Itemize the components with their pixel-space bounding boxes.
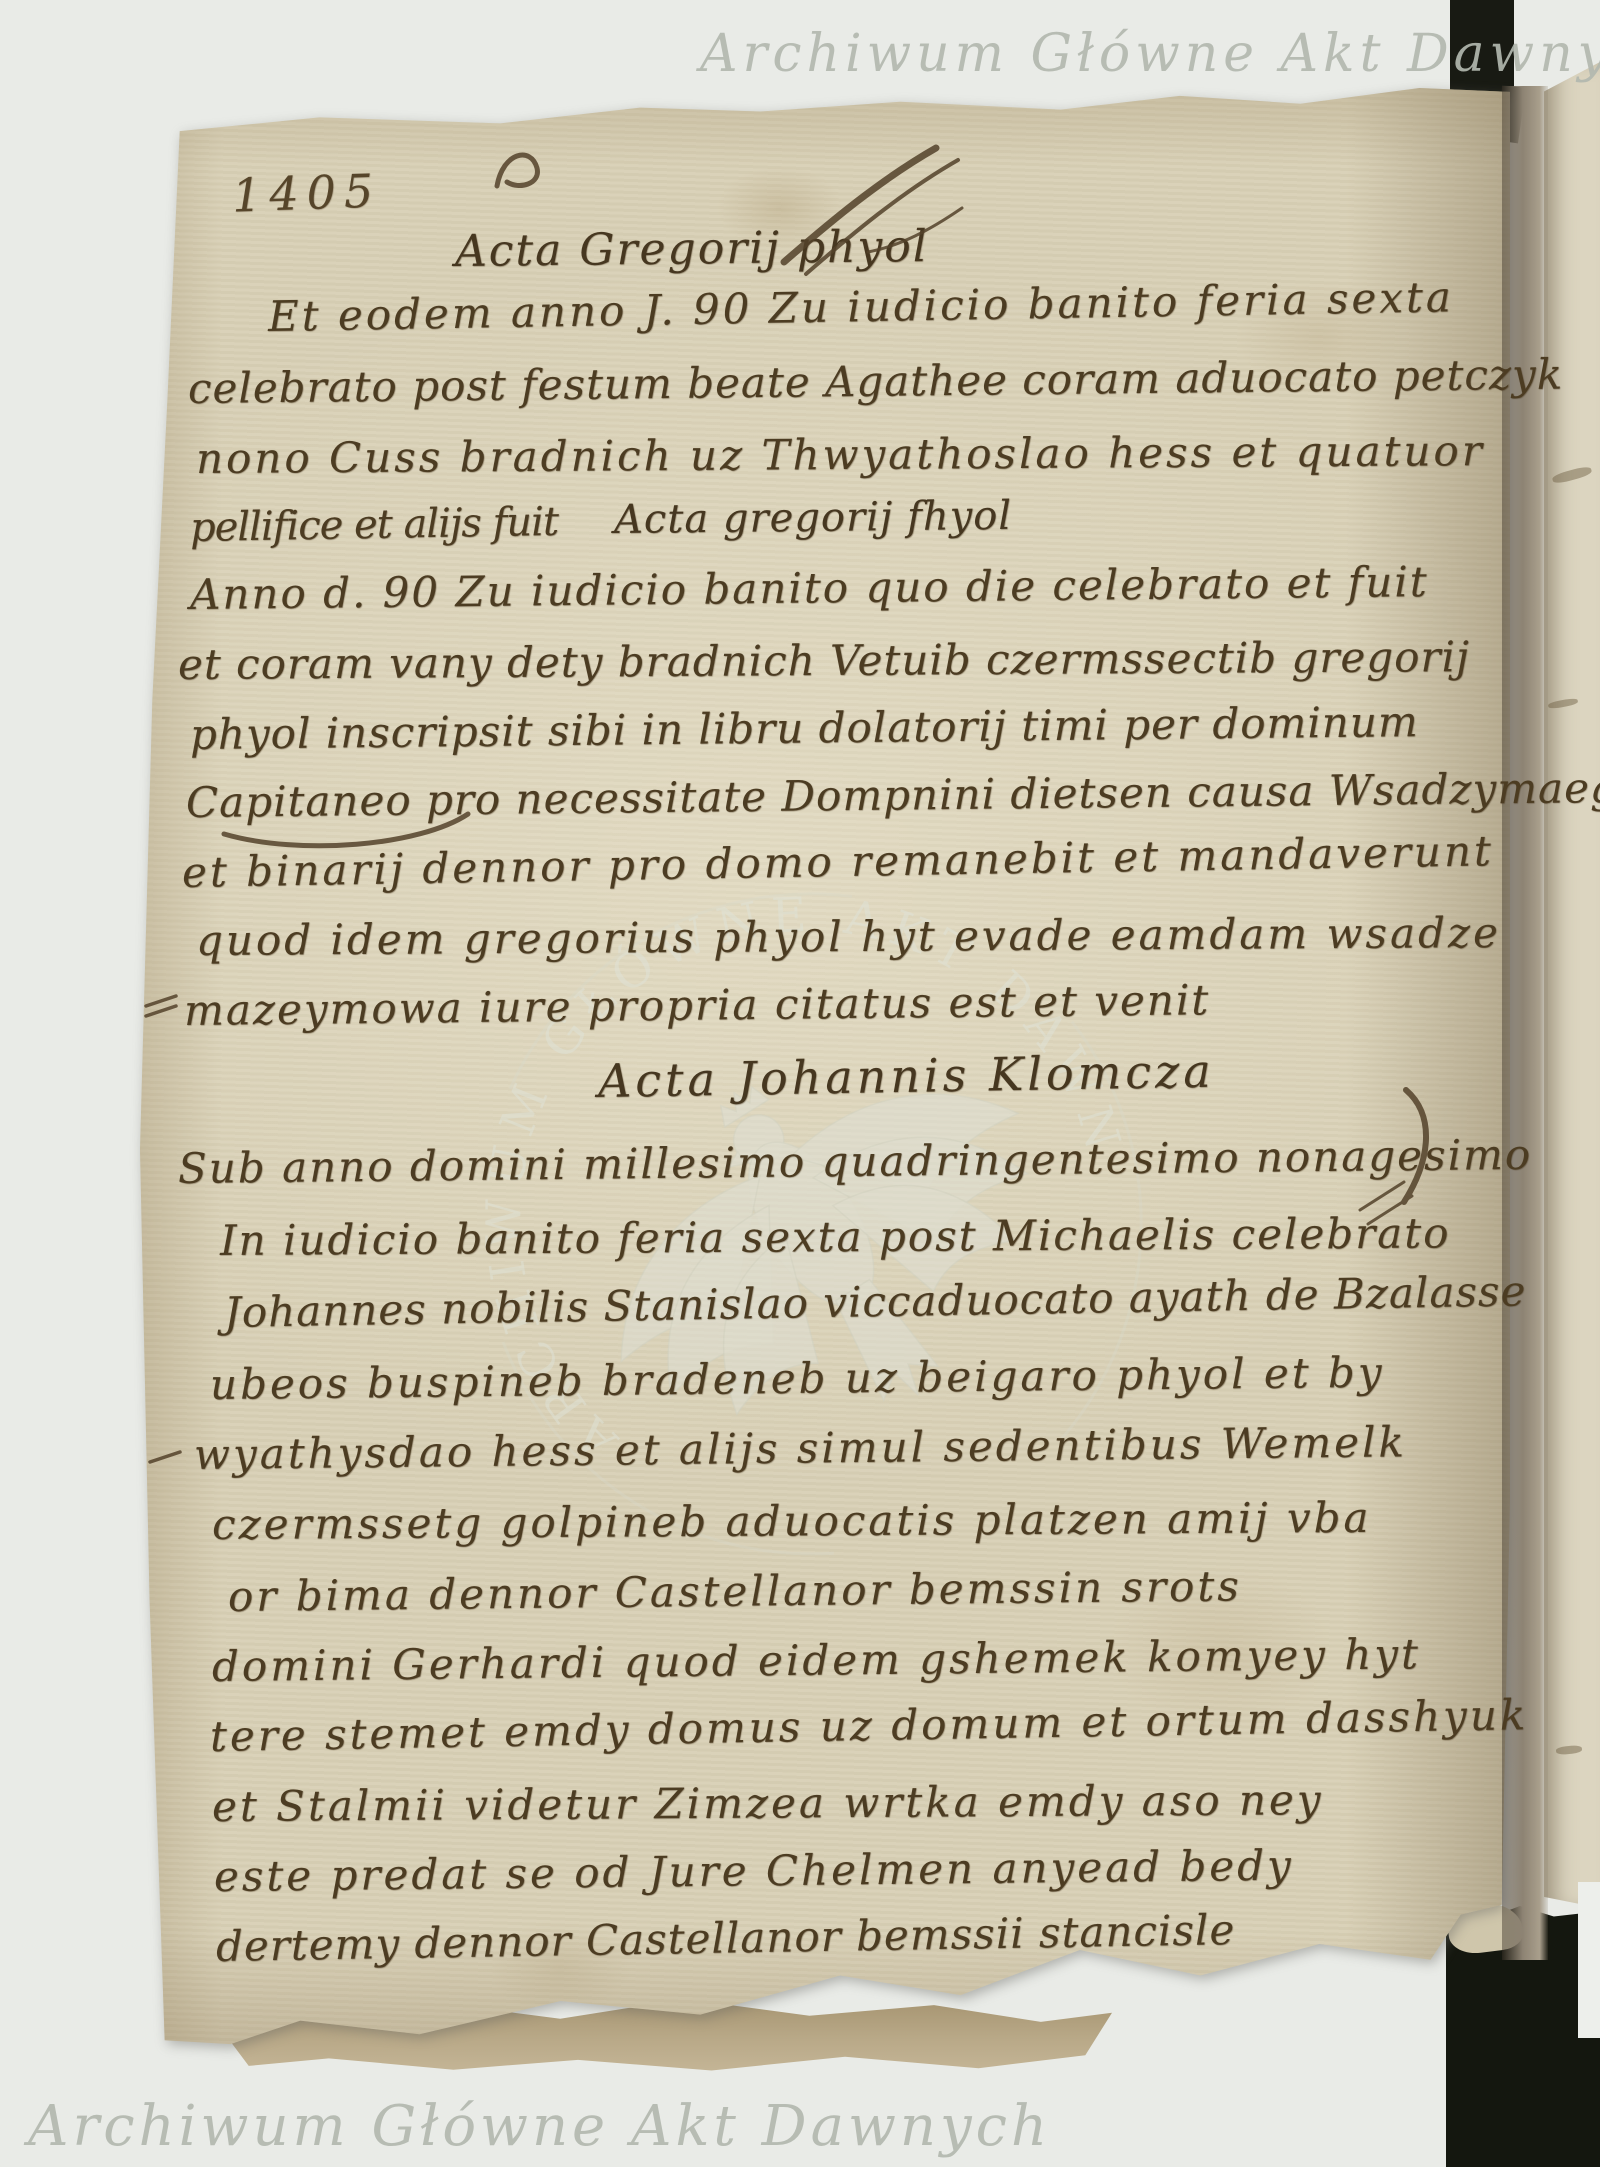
manuscript-page: ARCHIWUM GŁÓWNE AKT DAWNYCH (140, 88, 1510, 2050)
next-page-ink-mark (1551, 465, 1592, 485)
binding-strap-top (1450, 0, 1514, 98)
archive-watermark-bottom: Archiwum Główne Akt Dawnych (28, 2094, 1051, 2159)
agad-eagle-watermark: ARCHIWUM GŁÓWNE AKT DAWNYCH (294, 694, 1286, 1686)
next-page-ink-mark (1556, 1745, 1583, 1755)
next-page-edge (1544, 62, 1600, 1908)
scanner-bed-white-strip (1578, 1882, 1600, 2038)
next-page-ink-mark (1548, 697, 1579, 709)
archival-scan: { "colors": { "background": "#e9ebe7", "… (0, 0, 1600, 2167)
book-gutter-shadow (1502, 86, 1548, 1960)
